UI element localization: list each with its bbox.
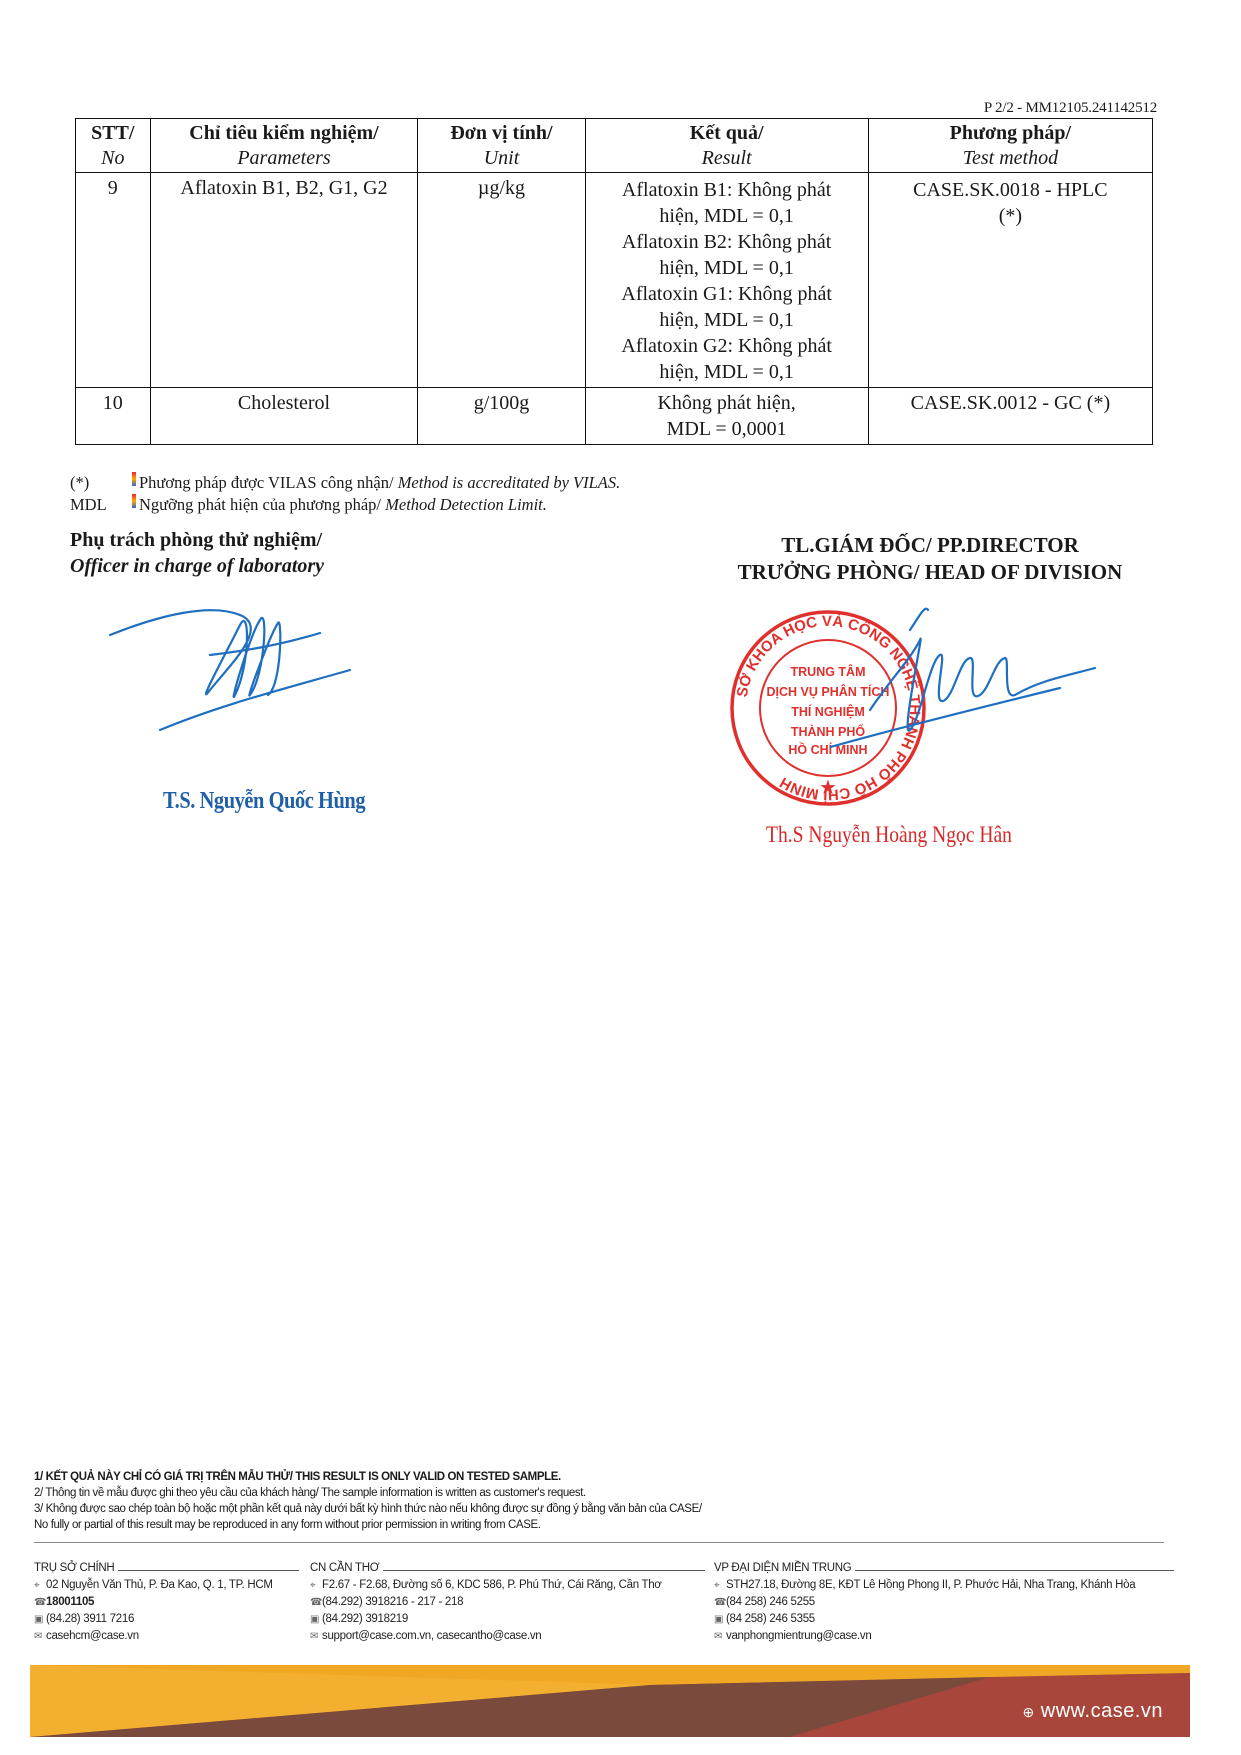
website-link[interactable]: ⊕ www.case.vn xyxy=(1022,1700,1163,1723)
office-central: VP ĐẠI DIỆN MIỀN TRUNG ⌖STH27.18, Đường … xyxy=(714,1560,1174,1645)
cell-unit: µg/kg xyxy=(418,173,585,388)
right-signatory-title: TL.GIÁM ĐỐC/ PP.DIRECTOR TRƯỞNG PHÒNG/ H… xyxy=(700,532,1160,586)
document-reference: P 2/2 - MM12105.241142512 xyxy=(984,100,1157,117)
header-unit: Đơn vị tính/Unit xyxy=(418,119,585,173)
phone-icon: ☎ xyxy=(714,1594,726,1611)
header-result: Kết quả/Result xyxy=(585,119,868,173)
cell-result: Không phát hiện, MDL = 0,0001 xyxy=(585,388,868,445)
footer-divider xyxy=(34,1542,1164,1543)
header-parameters: Chỉ tiêu kiểm nghiệm/Parameters xyxy=(150,119,418,173)
fax-icon: ▣ xyxy=(714,1611,726,1628)
cell-no: 10 xyxy=(76,388,151,445)
email-icon: ✉ xyxy=(34,1628,46,1645)
right-signature xyxy=(830,600,1110,760)
cell-method: CASE.SK.0012 - GC (*) xyxy=(868,388,1152,445)
phone-icon: ☎ xyxy=(310,1594,322,1611)
disclaimer: 1/ KẾT QUẢ NÀY CHỈ CÓ GIÁ TRỊ TRÊN MẪU T… xyxy=(34,1469,702,1533)
left-signature xyxy=(100,595,360,735)
table-row: 9 Aflatoxin B1, B2, G1, G2 µg/kg Aflatox… xyxy=(76,173,1153,388)
table-header-row: STT/No Chỉ tiêu kiểm nghiệm/Parameters Đ… xyxy=(76,119,1153,173)
results-table: STT/No Chỉ tiêu kiểm nghiệm/Parameters Đ… xyxy=(75,118,1153,445)
table-row: 10 Cholesterol g/100g Không phát hiện, M… xyxy=(76,388,1153,445)
header-test-method: Phương pháp/Test method xyxy=(868,119,1152,173)
cell-parameter: Aflatoxin B1, B2, G1, G2 xyxy=(150,173,418,388)
scan-mark-icon xyxy=(132,494,136,508)
location-pin-icon: ⌖ xyxy=(34,1577,46,1594)
office-can-tho: CN CẦN THƠ ⌖F2.67 - F2.68, Đường số 6, K… xyxy=(310,1560,705,1645)
note-accredited: (*) Phương pháp được VILAS công nhận/ Me… xyxy=(70,472,620,494)
cell-method: CASE.SK.0018 - HPLC (*) xyxy=(868,173,1152,388)
cell-parameter: Cholesterol xyxy=(150,388,418,445)
right-signatory-name: Th.S Nguyễn Hoàng Ngọc Hân xyxy=(766,822,1012,848)
cell-no: 9 xyxy=(76,173,151,388)
scan-mark-icon xyxy=(132,472,136,486)
table-notes: (*) Phương pháp được VILAS công nhận/ Me… xyxy=(70,472,620,516)
left-signatory-title: Phụ trách phòng thử nghiệm/ Officer in c… xyxy=(70,527,324,579)
fax-icon: ▣ xyxy=(34,1611,46,1628)
phone-icon: ☎ xyxy=(34,1594,46,1611)
footer-banner xyxy=(30,1665,1190,1737)
globe-icon: ⊕ xyxy=(1022,1704,1034,1720)
header-no: STT/No xyxy=(76,119,151,173)
email-icon: ✉ xyxy=(310,1628,322,1645)
left-signatory-name: T.S. Nguyễn Quốc Hùng xyxy=(163,788,365,815)
location-pin-icon: ⌖ xyxy=(310,1577,322,1594)
location-pin-icon: ⌖ xyxy=(714,1577,726,1594)
note-mdl: MDL Ngưỡng phát hiện của phương pháp/ Me… xyxy=(70,494,620,516)
email-icon: ✉ xyxy=(714,1628,726,1645)
star-icon: ★ xyxy=(819,777,837,799)
cell-unit: g/100g xyxy=(418,388,585,445)
cell-result: Aflatoxin B1: Không phát hiện, MDL = 0,1… xyxy=(585,173,868,388)
office-headquarters: TRỤ SỞ CHÍNH ⌖02 Nguyễn Văn Thủ, P. Đa K… xyxy=(34,1560,299,1645)
fax-icon: ▣ xyxy=(310,1611,322,1628)
